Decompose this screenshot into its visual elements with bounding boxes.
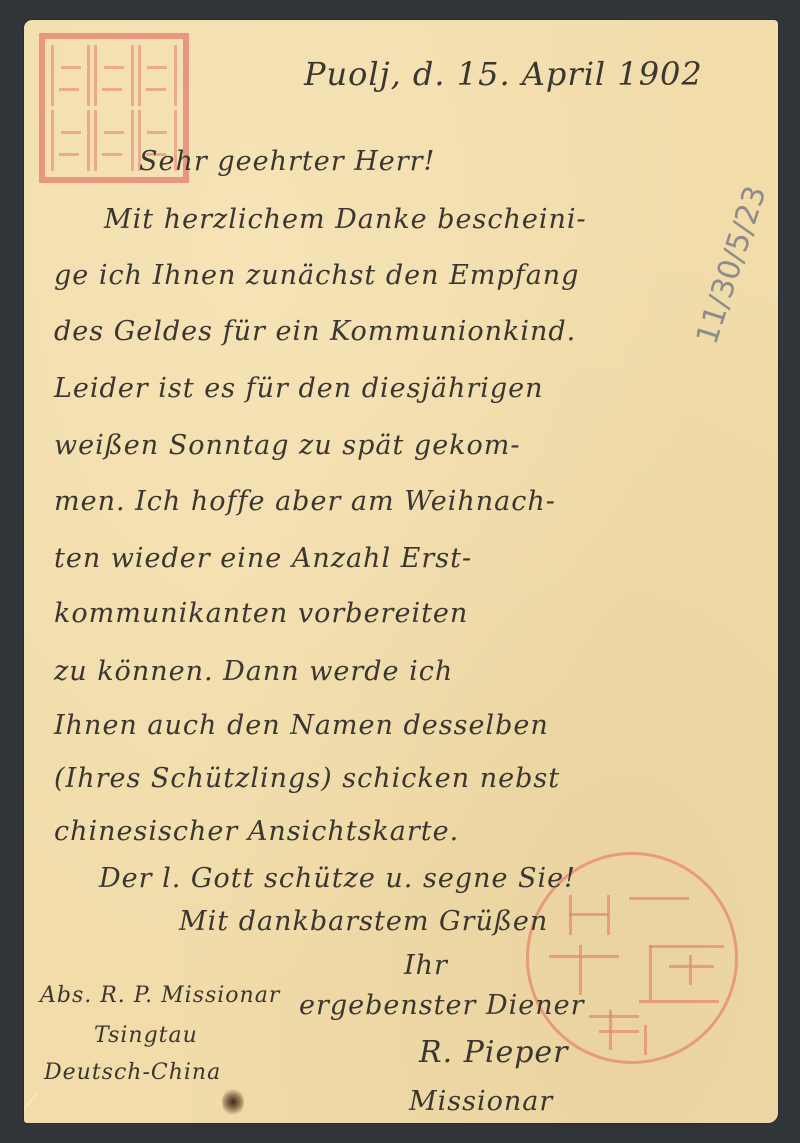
body-line: Ihnen auch den Namen desselben	[54, 712, 549, 739]
sender-line: Abs. R. P. Missionar	[40, 985, 280, 1007]
body-line: chinesischer Ansichtskarte.	[54, 818, 459, 845]
seal-glyph	[138, 45, 177, 106]
body-line: des Geldes für ein Kommunionkind.	[54, 318, 576, 345]
seal-glyph	[51, 110, 90, 171]
signature-title: Missionar	[409, 1088, 553, 1115]
ink-stain	[222, 1088, 244, 1116]
seal-glyph	[94, 45, 133, 106]
body-line: men. Ich hoffe aber am Weihnach-	[54, 488, 556, 515]
body-line: Leider ist es für den diesjährigen	[54, 375, 544, 402]
closing-pronoun: Ihr	[404, 952, 448, 979]
place-date: Puolj, d. 15. April 1902	[304, 58, 703, 90]
closing-greeting: Mit dankbarstem Grüßen	[179, 908, 548, 935]
body-line: Mit herzlichem Danke bescheini-	[104, 206, 587, 233]
closing-servant: ergebenster Diener	[299, 992, 585, 1019]
postcard: Puolj, d. 15. April 1902 11/30/5/23 Sehr…	[24, 20, 778, 1123]
corner-crease	[24, 1094, 50, 1120]
archive-pencil-note: 11/30/5/23	[736, 138, 800, 245]
body-line: (Ihres Schützlings) schicken nebst	[54, 765, 560, 792]
sender-line: Deutsch-China	[44, 1062, 221, 1084]
closing-blessing: Der l. Gott schütze u. segne Sie!	[99, 865, 576, 892]
body-line: ge ich Ihnen zunächst den Empfang	[54, 262, 579, 289]
signature: R. Pieper	[419, 1038, 569, 1068]
sender-line: Tsingtau	[94, 1025, 198, 1047]
body-line: kommunikanten vorbereiten	[54, 600, 468, 627]
body-line: ten wieder eine Anzahl Erst-	[54, 545, 472, 572]
seal-glyph	[51, 45, 90, 106]
body-line: weißen Sonntag zu spät gekom-	[54, 432, 521, 459]
seal-glyph	[94, 110, 133, 171]
salutation: Sehr geehrter Herr!	[139, 148, 435, 175]
body-line: zu können. Dann werde ich	[54, 658, 453, 685]
